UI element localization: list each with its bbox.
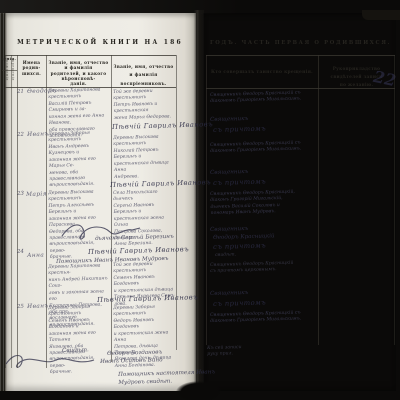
handwriting-4-name: Иванъ — [27, 302, 49, 311]
handwriting-signatures-witness_label: Свидѣт. — [62, 347, 102, 356]
handwriting-pair_1-0: Священникъ — [210, 115, 270, 125]
table-rule — [46, 55, 47, 368]
handwriting-pair_2-0: Священникъ — [210, 168, 270, 178]
left-page-title: МЕТРИЧЕСКОЙ КНИГИ НА 186 — [15, 39, 185, 47]
handwriting-records-2: Священникъ Ѳеодоръ Красницкій,діаконъ Гр… — [210, 189, 317, 218]
scan-smudge — [362, 10, 400, 20]
table-rule — [206, 88, 395, 89]
table-rule — [5, 55, 176, 56]
priest-column-header: Кто совершалъ таинство крещенія. — [208, 70, 316, 76]
handwriting-group_3-3: свидѣт. — [215, 252, 255, 260]
table-rule — [5, 55, 6, 368]
handwriting-pair_2-1: съ причтомъ — [213, 177, 283, 188]
table-rule — [11, 55, 12, 368]
scanned-register-spread: МЕТРИЧЕСКОЙ КНИГИ НА 186 ГОДЪ. ЧАСТЬ ПЕР… — [0, 0, 400, 400]
handwriting-pair_4-1: съ причтомъ — [213, 298, 283, 309]
handwriting-pair_4-0: Священникъ — [210, 289, 270, 299]
handwriting-signatures-clerk_1: Пѣвчій Гаврилъ Ивановъ — [112, 121, 174, 132]
handwriting-0-name: Ѳеодоръ — [27, 87, 49, 96]
table-rule — [206, 55, 207, 345]
handwriting-2-name: Марія — [26, 190, 48, 199]
handwriting-pair_1-1: съ причтомъ — [213, 124, 283, 135]
table-rule — [17, 55, 18, 368]
table-rule — [318, 55, 319, 345]
book-gutter — [194, 10, 204, 392]
table-rule — [111, 55, 112, 362]
parents-column-header: Званіе, имя, отчество и фамиліяродителей… — [47, 60, 110, 86]
handwriting-signatures-footer: Помощникъ настоятеля ИванъМудровъ свидѣт… — [118, 369, 218, 387]
table-rule — [206, 55, 395, 56]
handwriting-signatures-bottom_notes: Къ сей записируку прил. — [207, 344, 277, 359]
handwriting-1-godparents: Деревни Высокова крестьянинъНиколай Петр… — [113, 134, 175, 181]
handwriting-1-parents: Деревни Заборья крестьянинъИванъ Андреев… — [48, 130, 111, 189]
handwriting-0-godparents: Той же деревни крестьянинъПетръ Ивановъ … — [113, 88, 175, 122]
names-column-header: Именародив-шихся. — [17, 60, 46, 76]
handwriting-3-name: Анна — [27, 251, 49, 260]
handwriting-1-name: Иванъ — [27, 130, 49, 139]
godparents-column-header: Званіе, имя, отчество и фамиліявоспріемн… — [112, 63, 175, 88]
right-page-title: ГОДЪ. ЧАСТЬ ПЕРВАЯ О РОДИВШИХСЯ. — [210, 40, 390, 47]
handwriting-group_3-2: съ причтомъ — [213, 241, 283, 252]
table-rule — [394, 55, 395, 345]
